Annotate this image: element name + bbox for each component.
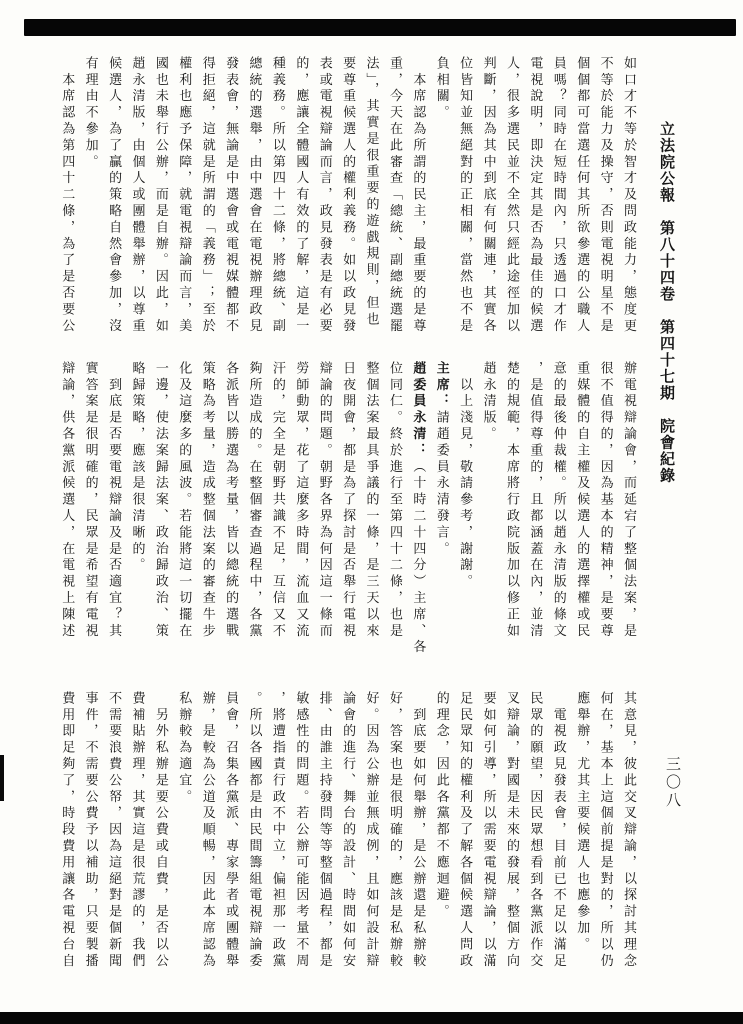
text-column: 足民眾知的權利及了解各個候選人問政: [454, 691, 477, 979]
text-column: 的理念，因此各黨都不應迴避。: [430, 691, 453, 979]
text-column: ，將遭指責行政不中立，偏袒那一政黨: [267, 691, 290, 979]
text-column: 本席認為所謂的民主，最重要的是尊: [407, 56, 430, 344]
text-column: 要尊重候選人的權利義務。如以政見發: [337, 56, 360, 344]
text-column: 判斷，因為其中到底有何關連，其實各: [477, 56, 500, 344]
page-number: 三〇八: [662, 756, 683, 816]
text-column: 夠所造成的。在整個審查過程中，各黨: [243, 361, 266, 649]
text-column: 費用即足夠了，時段費用讓各電視台自: [56, 691, 79, 979]
text-column: 趙永清版，由個人或團體舉辦，以尊重: [126, 56, 149, 344]
text-column: 不等於能力及操守，否則電視明星不是: [594, 56, 617, 344]
text-column: 電視說明，即決定其是否為最佳的候選: [524, 56, 547, 344]
text-column: 敏感性的問題。若公辦可能因考量不周: [290, 691, 313, 979]
text-column: 重媒體的自主權及候選人的選擇權或民: [571, 361, 594, 649]
text-column: 權利也應予保障，就電視辯論而言，美: [173, 56, 196, 344]
text-column: 民眾的願望，因民眾想看到各黨派作交: [524, 691, 547, 979]
text-column: 辦電視辯論會，而延宕了整個法案，是: [618, 361, 641, 649]
text-column: 總統的選舉，由中選會在電視辦理政見: [243, 56, 266, 344]
text-column: 電視政見發表會，目前已不足以滿足: [547, 691, 570, 979]
text-column: 負相關。: [430, 56, 453, 344]
text-column: 發表會，無論是中選會或電視媒體都不: [220, 56, 243, 344]
text-column: 國也未舉行公辦，而是自辦。因此，如: [149, 56, 172, 344]
text-block-bottom: 其意見，彼此交叉辯論，以探討其理念何在，基本上這個前提是對的，所以仍應舉辦，尤其…: [55, 691, 641, 979]
text-column: 得拒絕，這就是所謂的「義務」；至於: [196, 56, 219, 344]
text-column: 一邊，使法案歸法案、政治歸政治、策: [149, 361, 172, 649]
text-column: 表或電視辯論而言，政見發表是有必要: [313, 56, 336, 344]
text-column: 種義務。所以第四十二條，將總統、副: [267, 56, 290, 344]
text-column: 費補貼辦理，其實這是很荒謬的，我們: [126, 691, 149, 979]
left-edge-scan-artifact: [0, 755, 4, 801]
text-column: 叉辯論，對國是未來的發展，整個方向: [501, 691, 524, 979]
text-column: 日夜開會，都是為了探討是否舉行電視: [337, 361, 360, 649]
text-column: 辯論的問題。朝野各界為何因這一條而: [313, 361, 336, 649]
text-column: 。所以各國都是由民間籌組電視辯論委: [243, 691, 266, 979]
text-column: 本席認為第四十二條，為了是否要公: [56, 56, 79, 344]
text-column: 到底要如何舉辦，是公辦還是私辦較: [407, 691, 430, 979]
text-column: 員會，召集各黨派、專家學者或團體舉: [220, 691, 243, 979]
text-column: 個個都可當選任何其所欲參選的公職人: [571, 56, 594, 344]
speaker-name: 趙委員永清：: [411, 361, 426, 459]
text-column: 私辦較為適宜。: [173, 691, 196, 979]
text-column: 何在，基本上這個前提是對的，所以仍: [594, 691, 617, 979]
text-column: 員嗎？同時在短時間內，只透過口才作: [547, 56, 570, 344]
gazette-header: 立法院公報 第八十四卷 第四十七期 院會紀錄: [656, 121, 677, 481]
text-column: 很不值得的，因為基本的精神，是要尊: [594, 361, 617, 649]
text-column: 位同仁。終於進行至第四十二條，也是: [384, 361, 407, 649]
text-column: 重，今天在此審查「總統、副總統選罷: [384, 56, 407, 344]
text-column: 如口才不等於智才及問政能力，態度更: [618, 56, 641, 344]
text-column: 到底是否要電視辯論及是否適宜？其: [103, 361, 126, 649]
text-column: 略歸策略，應該是很清晰的。: [126, 361, 149, 649]
text-column: 勞師動眾，花了這麼多時間，流血又流: [290, 361, 313, 649]
text-column: 候選人，為了贏的策略自然會參加，沒: [103, 56, 126, 344]
bottom-border-bar: [0, 1012, 743, 1024]
text-column: 意的最後仲裁權。所以趙永清版的條文: [547, 361, 570, 649]
text-column: 事件，不需要公費予以補助，只要製播: [79, 691, 102, 979]
scanned-gazette-page: { "page": { "header": "立法院公報 第八十四卷 第四十七期…: [0, 0, 743, 1024]
text-column: 好，答案也是很明確的，應該是私辦較: [384, 691, 407, 979]
text-column: 位皆知並無絕對的正相關，當然也不是: [454, 56, 477, 344]
text-column: 其意見，彼此交叉辯論，以探討其理念: [618, 691, 641, 979]
text-column: 不需要浪費公帑，因為這絕對是個新聞: [103, 691, 126, 979]
text-column: 辯論，供各黨派候選人，在電視上陳述: [56, 361, 79, 649]
text-column: 趙永清版。: [477, 361, 500, 649]
text-column: 趙委員永清：（十時二十四分）主席、各: [407, 361, 430, 649]
text-column: 人，很多選民並不全然只經此途徑加以: [501, 56, 524, 344]
text-column: 辦，是較為公道及順暢，因此本席認為: [196, 691, 219, 979]
text-column: 論會的進行、舞台的設計、時間如何安: [337, 691, 360, 979]
top-border-bar: [24, 19, 736, 36]
text-column: 好。因為公辦並無成例，且如何設計辯: [360, 691, 383, 979]
text-column: 各派皆以勝選為考量，皆以總統的選戰: [220, 361, 243, 649]
text-block-top: 如口才不等於智才及問政能力，態度更不等於能力及操守，否則電視明星不是個個都可當選…: [55, 56, 641, 344]
text-column: 化及這麼多的風波。若能將這一切擺在: [173, 361, 196, 649]
text-column: ，是值得尊重的，且都涵蓋在內，並清: [524, 361, 547, 649]
speaker-name: 主席：: [435, 361, 450, 410]
text-column: 策略為考量，造成整個法案的審查牛步: [196, 361, 219, 649]
text-column: 汗的，完全是朝野共識不足，互信又不: [267, 361, 290, 649]
text-column: 實答案是很明確的，民眾是希望有電視: [79, 361, 102, 649]
text-column: 應舉辦，尤其主要候選人也應參加。: [571, 691, 594, 979]
text-column: 排、由誰主持發問等等整個過程，都是: [313, 691, 336, 979]
text-block-middle: 辦電視辯論會，而延宕了整個法案，是很不值得的，因為基本的精神，是要尊重媒體的自主…: [55, 361, 641, 649]
text-column: 楚的規範，本席將行政院版加以修正如: [501, 361, 524, 649]
text-column: 的，應讓全體國人有效的了解，這是一: [290, 56, 313, 344]
text-column: 以上淺見，敬請參考，謝謝。: [454, 361, 477, 649]
text-column: 主席：請趙委員永清發言。: [430, 361, 453, 649]
text-column: 另外私辦是要公費或自費，是否以公: [149, 691, 172, 979]
text-column: 有理由不參加。: [79, 56, 102, 344]
text-column: 法」，其實是很重要的遊戲規則，但也: [360, 56, 383, 344]
text-column: 整個法案最具爭議的一條，是三天以來: [360, 361, 383, 649]
text-column: 要如何引導，所以需要電視辯論，以滿: [477, 691, 500, 979]
